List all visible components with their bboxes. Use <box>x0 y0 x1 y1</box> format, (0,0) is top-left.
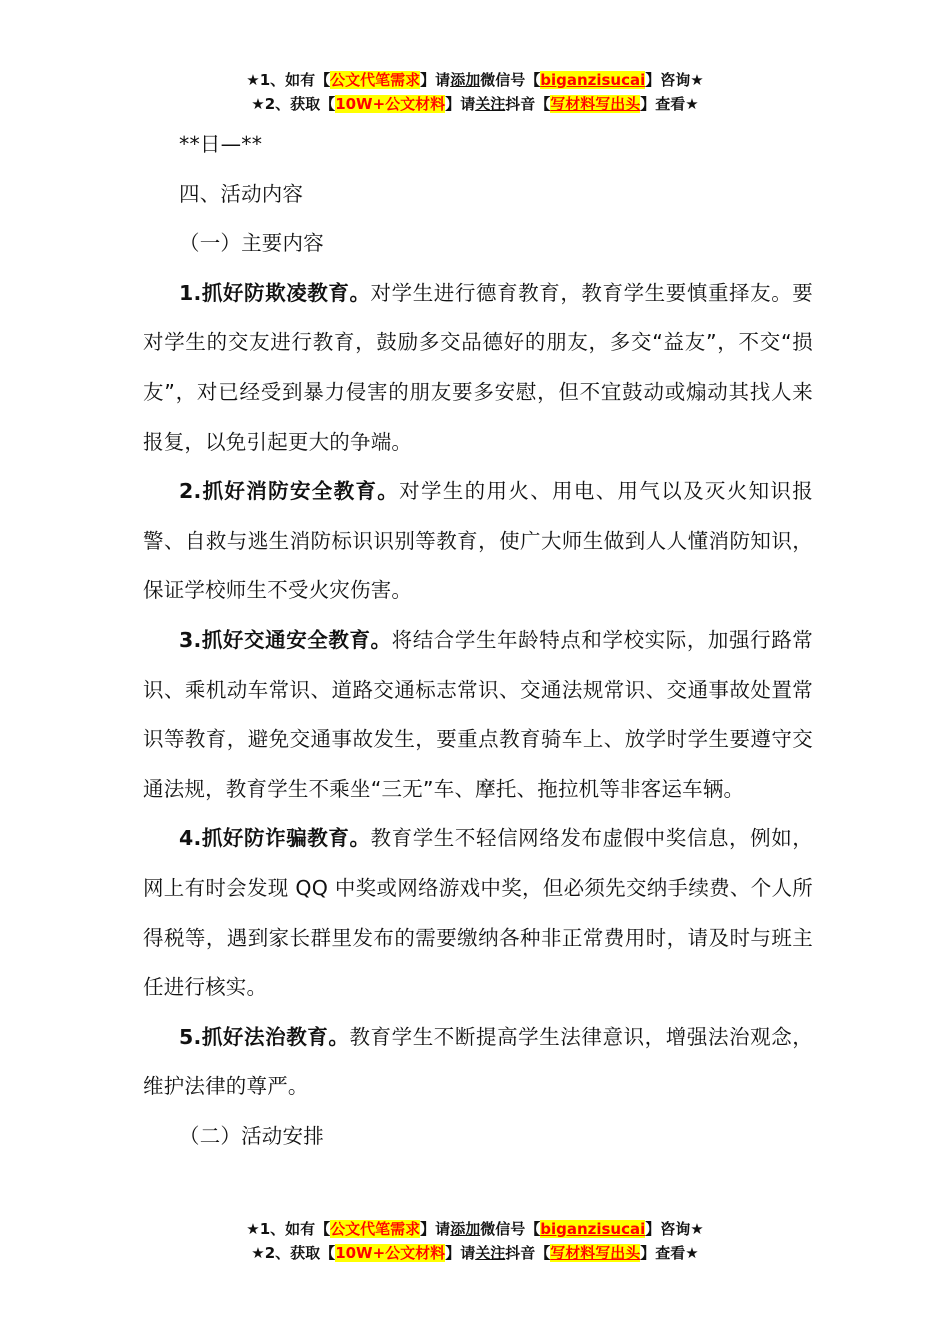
wechat-id-link[interactable]: biganzisucai <box>540 1220 645 1238</box>
banner-text: ★1、如有【 <box>246 71 330 89</box>
banner-text: 】请 <box>420 71 450 89</box>
banner-text: ★1、如有【 <box>246 1220 330 1238</box>
banner-text: 】请 <box>445 95 475 113</box>
header-banner: ★1、如有【公文代笔需求】请添加微信号【biganzisucai】咨询★ ★2、… <box>0 68 950 116</box>
section-heading: 四、活动内容 <box>143 170 813 220</box>
banner-text: 微信号【 <box>480 1220 540 1238</box>
item-paragraph-4: 4.抓好防诈骗教育。教育学生不轻信网络发布虚假中奖信息，例如，网上有时会发现 Q… <box>143 814 813 1012</box>
banner-text: 】查看★ <box>640 95 698 113</box>
item-paragraph-2: 2.抓好消防安全教育。对学生的用火、用电、用气以及灭火知识报警、自救与逃生消防标… <box>143 467 813 616</box>
item-paragraph-3: 3.抓好交通安全教育。将结合学生年龄特点和学校实际，加强行路常识、乘机动车常识、… <box>143 616 813 814</box>
underlined-add: 添加 <box>450 1220 480 1238</box>
item-text: 将结合学生年龄特点和学校实际，加强行路常识、乘机动车常识、道路交通标志常识、交通… <box>143 628 813 801</box>
banner-text: 】咨询★ <box>645 71 703 89</box>
highlight-service: 公文代笔需求 <box>330 71 420 89</box>
item-title: 5.抓好法治教育。 <box>179 1025 349 1049</box>
subheading-main-content: （一）主要内容 <box>143 219 813 269</box>
douyin-account-link[interactable]: 写材料写出头 <box>550 95 640 113</box>
banner-text: 抖音【 <box>505 1244 550 1262</box>
item-title: 3.抓好交通安全教育。 <box>179 628 392 652</box>
item-paragraph-5: 5.抓好法治教育。教育学生不断提高学生法律意识，增强法治观念，维护法律的尊严。 <box>143 1013 813 1112</box>
douyin-account-link[interactable]: 写材料写出头 <box>550 1244 640 1262</box>
footer-banner-line-1: ★1、如有【公文代笔需求】请添加微信号【biganzisucai】咨询★ <box>0 1217 950 1241</box>
item-text: 教育学生不轻信网络发布虚假中奖信息，例如，网上有时会发现 QQ 中奖或网络游戏中… <box>143 826 813 999</box>
document-body: **日—** 四、活动内容 （一）主要内容 1.抓好防欺凌教育。对学生进行德育教… <box>143 120 813 1161</box>
underlined-add: 添加 <box>450 71 480 89</box>
footer-banner: ★1、如有【公文代笔需求】请添加微信号【biganzisucai】咨询★ ★2、… <box>0 1217 950 1265</box>
footer-banner-line-2: ★2、获取【10W+公文材料】请关注抖音【写材料写出头】查看★ <box>0 1241 950 1265</box>
banner-text: ★2、获取【 <box>251 1244 335 1262</box>
banner-text: 】查看★ <box>640 1244 698 1262</box>
underlined-follow: 关注 <box>475 1244 505 1262</box>
banner-text: 】咨询★ <box>645 1220 703 1238</box>
highlight-materials: 10W+公文材料 <box>335 95 445 113</box>
subheading-arrangement: （二）活动安排 <box>143 1112 813 1162</box>
highlight-materials: 10W+公文材料 <box>335 1244 445 1262</box>
underlined-follow: 关注 <box>475 95 505 113</box>
header-banner-line-2: ★2、获取【10W+公文材料】请关注抖音【写材料写出头】查看★ <box>0 92 950 116</box>
item-title: 1.抓好防欺凌教育。 <box>179 281 371 305</box>
item-title: 4.抓好防诈骗教育。 <box>179 826 371 850</box>
header-banner-line-1: ★1、如有【公文代笔需求】请添加微信号【biganzisucai】咨询★ <box>0 68 950 92</box>
item-title: 2.抓好消防安全教育。 <box>179 479 399 503</box>
date-line: **日—** <box>143 120 813 170</box>
wechat-id-link[interactable]: biganzisucai <box>540 71 645 89</box>
banner-text: 】请 <box>420 1220 450 1238</box>
item-paragraph-1: 1.抓好防欺凌教育。对学生进行德育教育，教育学生要慎重择友。要对学生的交友进行教… <box>143 269 813 467</box>
banner-text: 微信号【 <box>480 71 540 89</box>
banner-text: ★2、获取【 <box>251 95 335 113</box>
item-text: 对学生进行德育教育，教育学生要慎重择友。要对学生的交友进行教育，鼓励多交品德好的… <box>143 281 813 454</box>
highlight-service: 公文代笔需求 <box>330 1220 420 1238</box>
banner-text: 抖音【 <box>505 95 550 113</box>
banner-text: 】请 <box>445 1244 475 1262</box>
